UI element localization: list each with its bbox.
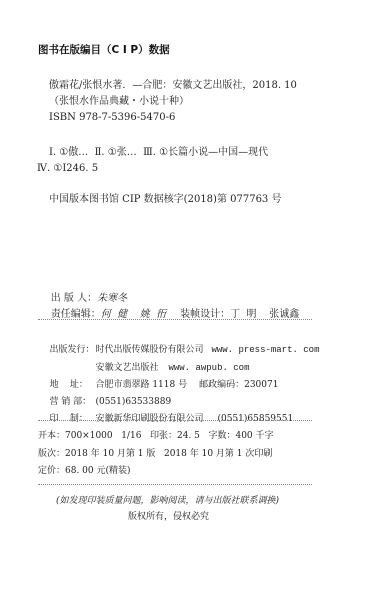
cip-bibliographic-line: 傲霜花/张恨水著．—合肥：安徽文艺出版社，2018. 10	[49, 80, 297, 92]
print-value: 安徽新华印刷股份有限公司	[95, 414, 203, 424]
rights-reserved: 版权所有，侵权必究	[128, 511, 209, 523]
cip-isbn-line: ISBN 978-7-5396-5470-6	[49, 112, 175, 124]
dotted-divider	[38, 484, 312, 485]
cip-heading: 图书在版编目（C I P）数据	[38, 44, 170, 56]
postcode-value: 230071	[244, 380, 278, 390]
postcode-label: 邮政编码：	[199, 380, 244, 390]
quality-notice: (如发现印装质量问题，影响阅读，请与出版社联系调换)	[56, 495, 279, 507]
cip-series-line: （张恨水作品典藏・小说十种）	[49, 96, 189, 108]
editors-row: 责任编辑：何 健 姚 衎装帧设计：丁 明 张诚鑫	[38, 297, 299, 333]
dotted-divider	[38, 420, 312, 421]
cip-classification-line-2: Ⅳ. ①I246. 5	[37, 163, 98, 175]
print-phone: (0551)65859551	[217, 414, 293, 424]
edition-line: 版次：2018 年 10 月第 1 版 2018 年 10 月第 1 次印刷	[38, 448, 272, 460]
dotted-divider	[38, 319, 312, 320]
price-line: 定价：68. 00 元(精装)	[38, 465, 131, 477]
cip-record-number: 中国版本图书馆 CIP 数据核字(2018)第 077763 号	[49, 194, 281, 206]
format-line: 开本：700×1000 1/16 印张：24. 5 字数：400 千字	[38, 430, 274, 442]
print-label: 印 制：	[49, 413, 95, 425]
cip-classification-line-1: Ⅰ. ①傲… Ⅱ. ①张… Ⅲ. ①长篇小说—中国—现代	[49, 147, 268, 159]
